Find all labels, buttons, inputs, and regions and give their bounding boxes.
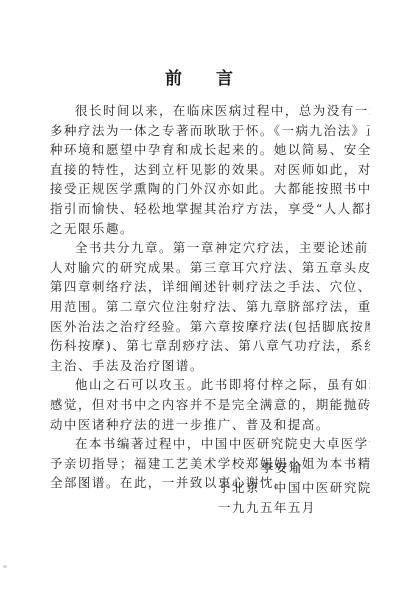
signature-date: 一九九五年五月 — [218, 498, 378, 518]
text-line: 感觉，但对书中之内容并不是完全满意的，期能抛砖引玉，带 — [50, 395, 370, 415]
signature-block: 李安瑜 于北京 中国中医研究院 一九九五年五月 — [218, 458, 378, 518]
text-line: 医外治法之治疗经验。第六章按摩疗法(包括脚底按摩及内、 — [50, 317, 370, 337]
document-page: 前 言 很长时间以来，在临床医病过程中，总为没有一本集中医 多种疗法为一体之专著… — [0, 0, 398, 605]
text-line: 用范围。第二章穴位注射疗法、第九章脐部疗法，重点突出中 — [50, 297, 370, 317]
paragraph-3: 他山之石可以攻玉。此书即将付梓之际，虽有如释重负之 感觉，但对书中之内容并不是完… — [50, 375, 370, 434]
text-line: 之无限乐趣。 — [50, 219, 370, 239]
text-line: 他山之石可以攻玉。此书即将付梓之际，虽有如释重负之 — [50, 375, 370, 395]
text-line: 很长时间以来，在临床医病过程中，总为没有一本集中医 — [50, 101, 370, 121]
preface-body: 很长时间以来，在临床医病过程中，总为没有一本集中医 多种疗法为一体之专著而耿耿于… — [50, 101, 370, 493]
paragraph-2: 全书共分九章。第一章神定穴疗法，主要论述前人与近代 人对腧穴的研究成果。第三章耳… — [50, 238, 370, 375]
scan-artifact — [3, 565, 7, 568]
text-line: 种环境和愿望中孕育和成长起来的。她以简易、安全、经济和 — [50, 140, 370, 160]
text-line: 直接的特性，达到立杆见影的效果。对医师如此，对那些没有 — [50, 160, 370, 180]
text-line: 在本书编著过程中，中国中医研究院史大卓医学博士给 — [50, 434, 370, 454]
text-line: 接受正规医学熏陶的门外汉亦如此。大都能按照书中之详细 — [50, 179, 370, 199]
text-line: 人对腧穴的研究成果。第三章耳穴疗法、第五章头皮针疗法、 — [50, 258, 370, 278]
text-line: 多种疗法为一体之专著而耿耿于怀。《一病九治法》正是在这 — [50, 121, 370, 141]
text-line: 主治、手法及治疗图谱。 — [50, 356, 370, 376]
text-line: 动中医诸种疗法的进一步推广、普及和提高。 — [50, 415, 370, 435]
author-name: 李安瑜 — [218, 458, 378, 478]
page-title: 前 言 — [0, 64, 398, 89]
text-line: 第四章刺络疗法，详细阐述针刺疗法之手法、穴位、疗程及适 — [50, 277, 370, 297]
text-line: 伤科按摩)、第七章刮痧疗法、第八章气功疗法，系统介绍临床 — [50, 336, 370, 356]
paragraph-1: 很长时间以来，在临床医病过程中，总为没有一本集中医 多种疗法为一体之专著而耿耿于… — [50, 101, 370, 238]
text-line: 全书共分九章。第一章神定穴疗法，主要论述前人与近代 — [50, 238, 370, 258]
signature-place: 于北京 中国中医研究院 — [218, 478, 378, 498]
text-line: 指引而愉快、轻松地掌握其治疗方法，享受“人人都拥有健康” — [50, 199, 370, 219]
